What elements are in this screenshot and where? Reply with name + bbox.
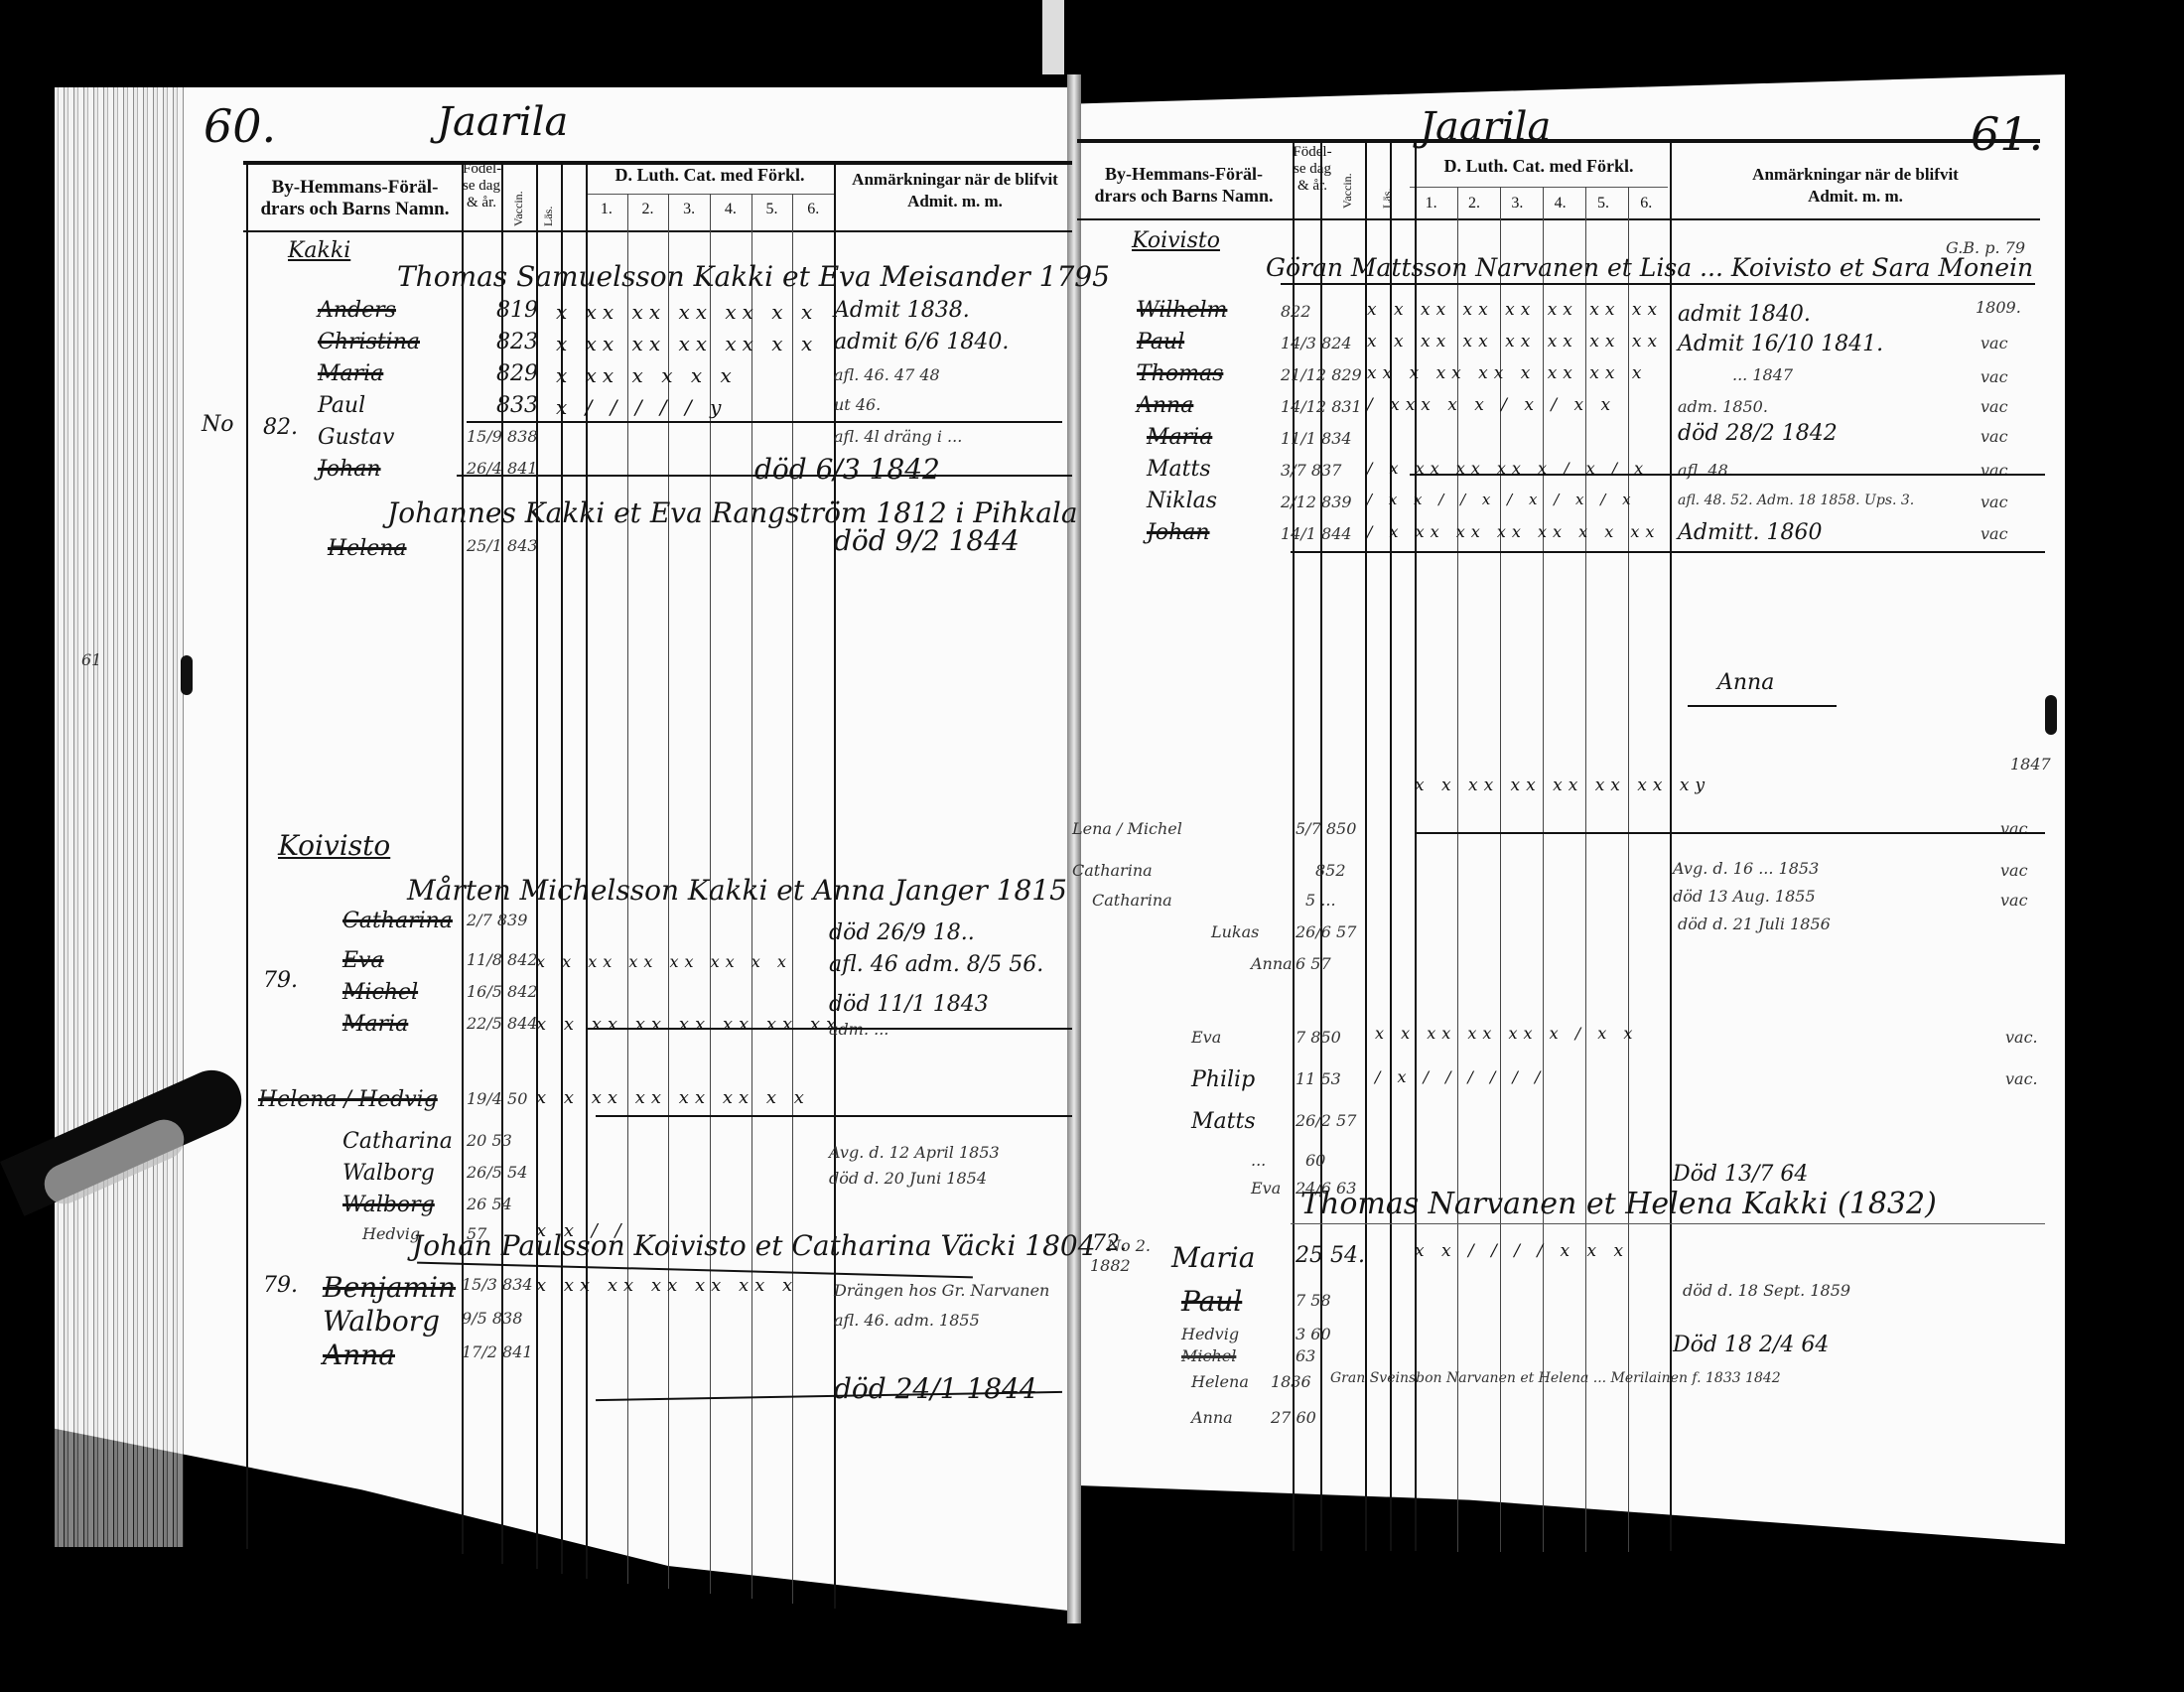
member-remark: död 9/2 1844 — [834, 524, 1020, 557]
member-marks: x x xx xx xx xx xx xx — [536, 1014, 842, 1035]
names-header-line1: By-Hemmans-Föräl- — [1077, 163, 1291, 185]
page-edge-stack — [55, 87, 184, 1547]
column-rule — [1500, 187, 1501, 1552]
member-birth: 14/3 824 — [1281, 334, 1352, 352]
member-marks: x x / / / / x x x — [1415, 1241, 1629, 1261]
catechism-col-2: 2. — [1452, 195, 1495, 212]
parents-line: Thomas Narvanen et Helena Kakki (1832) — [1300, 1187, 1937, 1221]
member-vaccination: vac — [1980, 427, 2008, 446]
member-marks: / x / / / / / / — [1375, 1067, 1546, 1086]
member-birth: 2/12 839 — [1281, 493, 1352, 511]
catechism-col-6: 6. — [792, 201, 834, 218]
member-name: Paul — [318, 393, 365, 418]
birth-header-line1: Födel- — [463, 161, 500, 178]
parents-line: Göran Mattsson Narvanen et Lisa ... Koiv… — [1266, 253, 2033, 282]
member-marks: x x xx xx xx xx xx xx — [1367, 300, 1663, 320]
member-remark: Död 13/7 64 — [1673, 1162, 1808, 1187]
member-marks: x xx xx xx xx x x — [556, 300, 818, 324]
remarks-header-line1: Anmärkningar när de blifvit — [836, 169, 1074, 191]
member-birth: 22/5 844 — [467, 1014, 538, 1033]
catechism-col-4: 4. — [710, 201, 751, 218]
birth-header-line1: Födel- — [1293, 144, 1332, 161]
entry-rule — [1415, 832, 2045, 834]
member-birth: 5/7 850 — [1296, 819, 1356, 838]
catechism-col-3: 3. — [668, 201, 710, 218]
birth-header-line3: & år. — [1293, 178, 1332, 195]
member-name: Michel — [342, 980, 418, 1005]
column-rule — [1457, 187, 1458, 1552]
right-page-number: 61. — [1971, 107, 2043, 161]
member-name: Thomas — [1137, 361, 1223, 386]
member-name: Eva — [1191, 1028, 1221, 1047]
member-name: Wilhelm — [1137, 298, 1227, 323]
member-birth: 7 850 — [1296, 1028, 1341, 1047]
member-birth: 63 — [1296, 1346, 1315, 1365]
catechism-columns: 1. 2. 3. 4. 5. 6. — [1410, 195, 1668, 212]
member-name: Christina — [318, 330, 420, 354]
member-birth: 17/2 841 — [462, 1342, 533, 1361]
column-rule — [246, 164, 248, 1549]
page-tab-marker — [181, 655, 193, 695]
member-birth: 3 60 — [1296, 1325, 1331, 1343]
member-birth: 25 54. — [1296, 1243, 1365, 1268]
member-remark: afl. 46. 47 48 — [834, 365, 940, 384]
catechism-header: D. Luth. Cat. med Förkl. — [1410, 155, 1668, 177]
entry-rule — [467, 421, 1062, 423]
member-birth: 15/9 838 — [467, 427, 538, 446]
page-tab-marker — [2045, 695, 2057, 735]
member-remark: ut 46. — [834, 395, 881, 414]
member-vaccination: vac — [1980, 524, 2008, 543]
member-birth: 14/12 831 — [1281, 397, 1362, 416]
member-birth: 26 54 — [467, 1195, 512, 1213]
catechism-header: D. Luth. Cat. med Förkl. — [586, 164, 834, 186]
member-remark: död 11/1 1843 — [829, 992, 989, 1017]
column-rule — [1293, 141, 1295, 1551]
member-name: Helena — [328, 536, 407, 561]
member-remark: Avg. d. 16 ... 1853 — [1673, 859, 1819, 878]
member-name: Eva — [342, 948, 384, 973]
member-name: Johan — [318, 457, 381, 482]
margin-note: 1882 — [1090, 1256, 1131, 1275]
member-vaccination: vac. — [2005, 1069, 2038, 1088]
member-birth: 11 53 — [1296, 1069, 1341, 1088]
birth-header-line3: & år. — [463, 195, 500, 211]
member-birth: 16/5 842 — [467, 982, 538, 1001]
vaccinated-header: Vaccin. — [1340, 149, 1355, 209]
member-birth: 20 53 — [467, 1131, 512, 1150]
member-vaccination: vac — [2000, 819, 2028, 838]
column-rule — [1415, 141, 1417, 1551]
catechism-col-2: 2. — [627, 201, 669, 218]
member-vaccination: vac — [2000, 891, 2028, 910]
birth-header: Födel- se dag & år. — [1293, 144, 1332, 195]
left-village-heading: Jaarila — [437, 99, 568, 145]
member-remark: Avg. d. 12 April 1853 — [829, 1143, 1000, 1162]
member-marks: / x xx xx xx xx x x xx — [1367, 522, 1660, 541]
member-birth: 3/7 837 — [1281, 461, 1341, 480]
remarks-header-line1: Anmärkningar när de blifvit — [1672, 164, 2039, 186]
member-remark: ... 1847 — [1732, 365, 1793, 384]
member-name: ... — [1251, 1151, 1266, 1170]
member-remark: Drängen hos Gr. Narvanen — [834, 1281, 1049, 1300]
farm-name: Koivisto — [278, 829, 390, 862]
entry-rule — [1410, 474, 2045, 476]
margin-note: 61 — [81, 650, 101, 669]
member-name: Philip — [1191, 1067, 1255, 1092]
catechism-col-4: 4. — [1539, 195, 1581, 212]
member-remark: Admit 16/10 1841. — [1678, 332, 1883, 356]
reading-header: Läs. — [541, 167, 556, 226]
member-name: Maria — [1147, 425, 1212, 450]
member-birth: 14/1 844 — [1281, 524, 1352, 543]
remarks-header: Anmärkningar när de blifvit Admit. m. m. — [836, 169, 1074, 212]
member-remark: adm. 1850. — [1678, 397, 1768, 416]
entry-rule — [457, 475, 1072, 477]
catechism-col-5: 5. — [751, 201, 793, 218]
member-birth: 6 57 — [1296, 954, 1331, 973]
member-birth: 27 60 — [1271, 1408, 1316, 1427]
member-marks: x x xx xx xx xx xx xx — [1367, 332, 1663, 352]
member-name: Anna — [1191, 1408, 1233, 1427]
member-name: Eva — [1251, 1179, 1281, 1198]
note-anna: Anna — [1717, 670, 1774, 695]
member-birth: 60 — [1305, 1151, 1325, 1170]
member-marks: x x xx xx xx x / x x — [1375, 1024, 1638, 1043]
remarks-header: Anmärkningar när de blifvit Admit. m. m. — [1672, 164, 2039, 208]
member-name: Lukas — [1211, 922, 1259, 941]
member-name: Anna — [1137, 393, 1193, 418]
member-name: Matts — [1147, 457, 1211, 482]
member-birth: 15/3 834 — [462, 1275, 533, 1294]
member-birth: 2/7 839 — [467, 911, 527, 929]
household-number: 79. — [263, 968, 298, 993]
birth-header-line2: se dag — [1293, 161, 1332, 178]
catechism-col-1: 1. — [586, 201, 627, 218]
parents-line: Thomas Samuelsson Kakki et Eva Meisander… — [397, 260, 1110, 293]
member-vaccination: vac — [1980, 367, 2008, 386]
header-rule-top — [1077, 139, 2040, 143]
member-name: Lena / Michel — [1072, 819, 1182, 838]
member-birth: 21/12 829 — [1281, 365, 1362, 384]
member-vaccination: vac — [1980, 334, 2008, 352]
margin-note: 72. — [1092, 1231, 1127, 1256]
member-remark: afl. 48. — [1678, 461, 1733, 480]
member-marks: x x xx xx xx xx x x — [536, 1087, 810, 1108]
member-remark: död d. 20 Juni 1854 — [829, 1169, 987, 1188]
margin-note: No — [202, 412, 234, 437]
member-remark: admit 6/6 1840. — [834, 330, 1009, 354]
names-header-line1: By-Hemmans-Föräl- — [248, 177, 462, 199]
member-birth: 1836 — [1271, 1372, 1311, 1391]
member-marks: x xx xx xx xx x x — [556, 332, 818, 355]
parents-line: Mårten Michelsson Kakki et Anna Janger 1… — [407, 874, 1067, 907]
member-remark: afl. 48. 52. Adm. 18 1858. Ups. 3. — [1678, 493, 1914, 508]
member-remark: död 28/2 1842 — [1678, 421, 1838, 446]
note-year: 1847 — [2010, 755, 2051, 774]
member-birth: 19/4 50 — [467, 1089, 527, 1108]
catechism-col-6: 6. — [1625, 195, 1668, 212]
entry-rule — [1291, 1223, 2045, 1224]
member-birth: 822 — [1281, 302, 1311, 321]
member-name: Matts — [1191, 1109, 1256, 1134]
member-name: Catharina — [342, 1129, 453, 1154]
vaccinated-header: Vaccin. — [511, 167, 526, 226]
column-rule — [1365, 141, 1367, 1551]
member-name: Catharina — [342, 909, 453, 933]
member-birth: 26/2 57 — [1296, 1111, 1356, 1130]
member-remark: admit 1840. — [1678, 302, 1811, 327]
member-marks: x xx x x x x — [556, 363, 738, 387]
farm-name: Kakki — [288, 238, 350, 263]
member-marks: / xxx x x / x / x x — [1367, 395, 1616, 415]
column-rule — [1628, 187, 1629, 1552]
member-marks: x x xx xx xx xx xx xy — [1415, 775, 1710, 795]
member-remark: Admit 1838. — [834, 298, 970, 323]
member-vaccination: vac — [2000, 861, 2028, 880]
member-name: Helena — [1191, 1372, 1249, 1391]
header-rule-bottom — [1077, 218, 2040, 220]
member-name: Helena / Hedvig — [258, 1087, 438, 1112]
member-remark: afl. 46. adm. 1855 — [834, 1311, 980, 1330]
member-vaccination: vac — [1980, 397, 2008, 416]
corner-note: G.B. p. 79 — [1946, 238, 2025, 257]
farm-name: Koivisto — [1132, 228, 1220, 253]
member-birth: 11/8 842 — [467, 950, 538, 969]
member-marks: / x x / / x / x / x / x — [1367, 491, 1637, 508]
right-village-heading: Jaarila — [1420, 104, 1551, 150]
member-remark: död 26/9 18.. — [829, 920, 975, 945]
entry-rule — [586, 1028, 1072, 1030]
member-name: Walborg — [342, 1161, 435, 1186]
column-rule — [1670, 141, 1672, 1551]
member-name: Catharina — [1092, 891, 1172, 910]
spine-top-gap — [1042, 0, 1064, 74]
member-birth: 11/1 834 — [1281, 429, 1352, 448]
book-spine — [1067, 74, 1081, 1623]
catechism-subrule — [1410, 187, 1668, 188]
column-rule — [1543, 187, 1544, 1552]
member-name: Walborg — [323, 1305, 440, 1338]
member-remark: död 13 Aug. 1855 — [1673, 887, 1816, 906]
member-remark: död 6/3 1842 — [754, 453, 940, 486]
column-rule — [1585, 187, 1586, 1552]
member-vaccination: 1809. — [1976, 298, 2021, 317]
member-birth: 9/5 838 — [462, 1309, 522, 1328]
member-remark: död d. 18 Sept. 1859 — [1683, 1281, 1850, 1300]
reading-header: Läs. — [1380, 149, 1395, 209]
entry-rule — [1281, 283, 2035, 285]
member-name: Catharina — [1072, 861, 1153, 880]
member-remark: Admitt. 1860 — [1678, 520, 1823, 545]
member-vaccination: vac — [1980, 493, 2008, 511]
birth-header: Födel- se dag & år. — [463, 161, 500, 211]
member-birth: 833 — [496, 393, 538, 418]
remarks-header-line2: Admit. m. m. — [1672, 186, 2039, 208]
entry-rule — [596, 1115, 1072, 1117]
left-page-number: 60. — [204, 99, 276, 153]
entry-rule — [1291, 551, 2045, 553]
member-birth: 823 — [496, 330, 538, 354]
member-name: Paul — [1181, 1285, 1242, 1318]
member-name: Maria — [1171, 1241, 1255, 1274]
member-name: Johan — [1147, 520, 1210, 545]
remarks-header-line2: Admit. m. m. — [836, 191, 1074, 212]
member-name: Niklas — [1147, 489, 1217, 513]
member-birth: 26/6 57 — [1296, 922, 1356, 941]
member-name: Anders — [318, 298, 396, 323]
catechism-col-5: 5. — [1581, 195, 1624, 212]
member-birth: 7 58 — [1296, 1291, 1331, 1310]
member-name: Maria — [342, 1012, 408, 1037]
right-page — [1072, 74, 2065, 1544]
header-rule-bottom — [243, 230, 1072, 232]
member-remark: Gran Sveinsbon Narvanen et Helena ... Me… — [1330, 1370, 1781, 1386]
member-birth: 829 — [496, 361, 538, 386]
names-header: By-Hemmans-Föräl- drars och Barns Namn. — [248, 177, 462, 220]
names-header: By-Hemmans-Föräl- drars och Barns Namn. — [1077, 163, 1291, 207]
member-remark: Död 18 2/4 64 — [1673, 1333, 1829, 1357]
member-remark: död 24/1 1844 — [834, 1372, 1037, 1405]
member-name: Benjamin — [323, 1271, 456, 1304]
member-name: Walborg — [342, 1193, 435, 1217]
member-birth: 5 ... — [1305, 891, 1336, 910]
column-rule — [1390, 141, 1392, 1551]
names-header-line2: drars och Barns Namn. — [1077, 185, 1291, 207]
member-name: Hedvig — [1181, 1325, 1239, 1343]
member-marks: x xx xx xx xx xx x — [536, 1275, 798, 1296]
member-remark: död d. 21 Juli 1856 — [1678, 915, 1831, 933]
member-name: Paul — [1137, 330, 1184, 354]
member-birth: 852 — [1315, 861, 1346, 880]
margin-note: 82. — [263, 415, 298, 440]
entry-rule — [1688, 705, 1837, 707]
names-header-line2: drars och Barns Namn. — [248, 199, 462, 220]
member-remark: afl. 46 adm. 8/5 56. — [829, 952, 1043, 977]
catechism-col-3: 3. — [1496, 195, 1539, 212]
member-marks: x x xx xx xx xx x x — [536, 952, 792, 971]
member-name: Michel — [1181, 1346, 1236, 1365]
member-marks: x / / / / / y — [556, 395, 727, 419]
member-marks: xx x xx xx x xx xx x — [1367, 363, 1647, 383]
birth-header-line2: se dag — [463, 178, 500, 195]
member-remark: afl. 4l dräng i ... — [834, 427, 962, 446]
member-name: Anna — [1251, 954, 1293, 973]
member-birth: 26/5 54 — [467, 1163, 527, 1182]
member-vaccination: vac. — [2005, 1028, 2038, 1047]
member-name: Anna — [323, 1339, 395, 1371]
parents-line: Johan Paulsson Koivisto et Catharina Väc… — [412, 1229, 1096, 1262]
household-number: 79. — [263, 1273, 298, 1298]
member-birth: 25/1 843 — [467, 536, 538, 555]
member-vaccination: vac — [1980, 461, 2008, 480]
member-name: Gustav — [318, 425, 394, 450]
member-name: Maria — [318, 361, 383, 386]
member-birth: 819 — [496, 298, 538, 323]
